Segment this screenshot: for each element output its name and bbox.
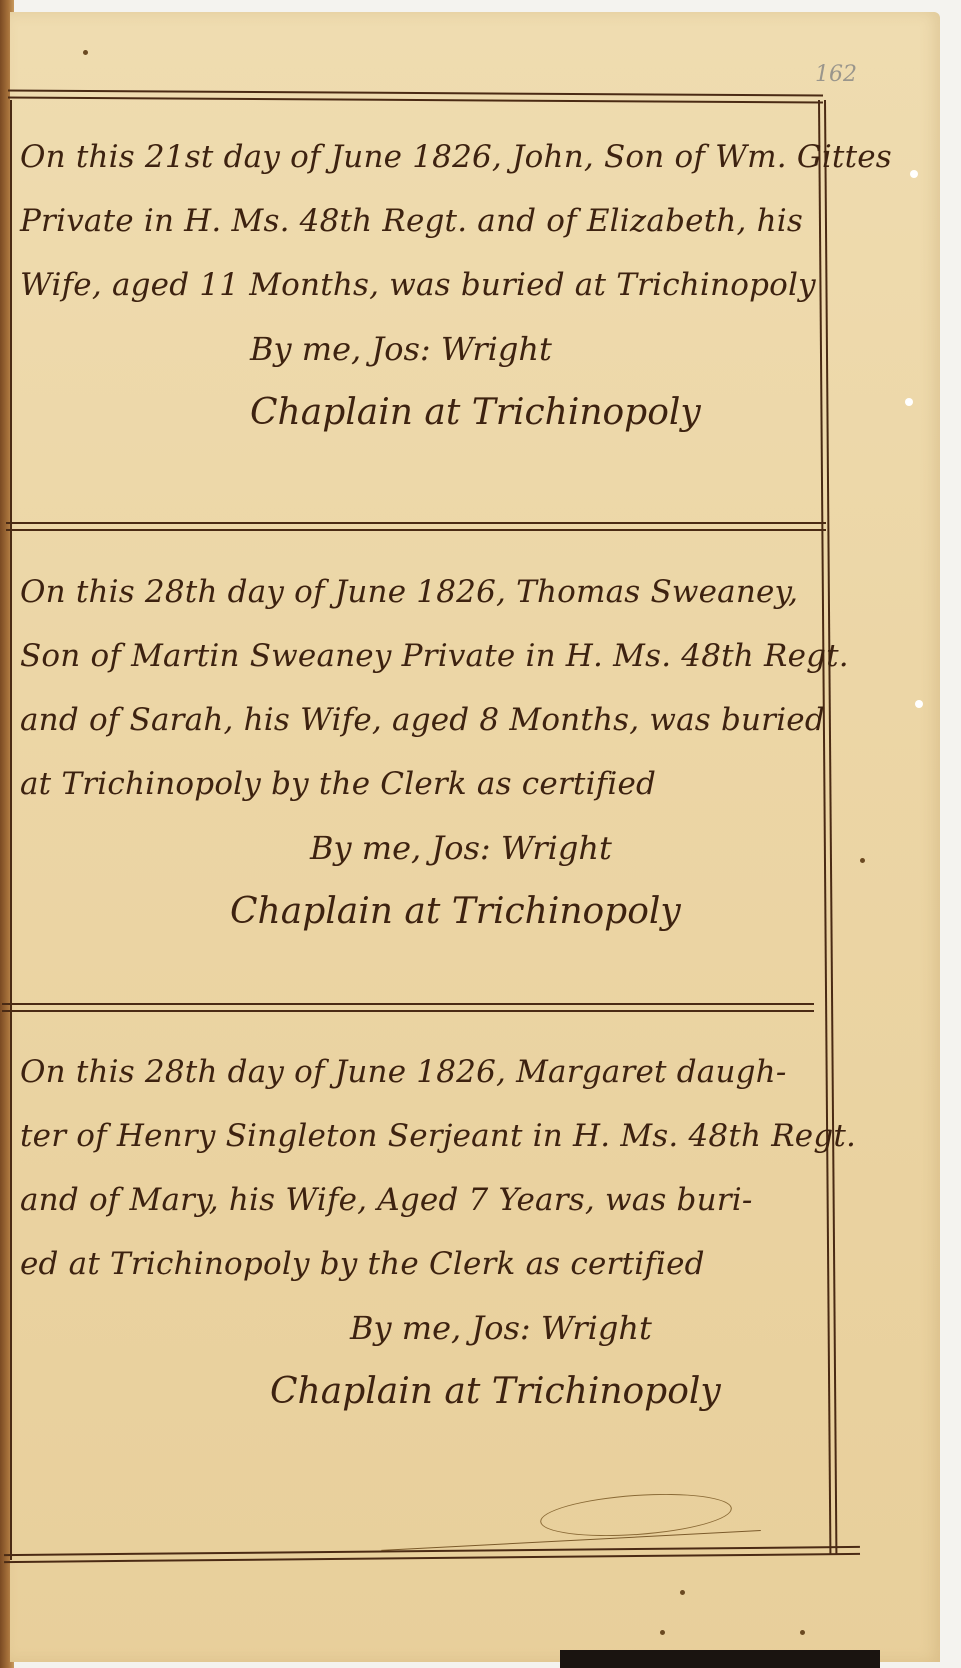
ink-spot <box>860 858 865 863</box>
page-hole <box>915 700 923 708</box>
entry-line: and of Sarah, his Wife, aged 8 Months, w… <box>20 688 810 752</box>
page-hole <box>910 170 918 178</box>
entry-line: Private in H. Ms. 48th Regt. and of Eliz… <box>20 189 810 253</box>
burial-entry-1: On this 21st day of June 1826, John, Son… <box>20 125 810 445</box>
entry-line: ter of Henry Singleton Serjeant in H. Ms… <box>20 1104 810 1168</box>
signature: By me, Jos: Wright <box>20 816 810 880</box>
page-hole <box>905 398 913 406</box>
signature-title: Chaplain at Trichinopoly <box>20 880 810 944</box>
entry-line: On this 21st day of June 1826, John, Son… <box>20 125 810 189</box>
entry-line: at Trichinopoly by the Clerk as certifie… <box>20 752 810 816</box>
ink-spot <box>680 1590 685 1595</box>
signature-title: Chaplain at Trichinopoly <box>20 1360 810 1424</box>
table-edge <box>560 1650 880 1668</box>
entry-line: Son of Martin Sweaney Private in H. Ms. … <box>20 624 810 688</box>
entry-line: On this 28th day of June 1826, Thomas Sw… <box>20 560 810 624</box>
entry-line: ed at Trichinopoly by the Clerk as certi… <box>20 1232 810 1296</box>
ink-spot <box>83 50 88 55</box>
entry-divider <box>6 522 826 531</box>
frame-left-rule <box>10 100 12 1560</box>
burial-entry-2: On this 28th day of June 1826, Thomas Sw… <box>20 560 810 944</box>
entry-line: On this 28th day of June 1826, Margaret … <box>20 1040 810 1104</box>
entry-divider <box>2 1003 814 1012</box>
signature-title: Chaplain at Trichinopoly <box>20 381 810 445</box>
entry-line: and of Mary, his Wife, Aged 7 Years, was… <box>20 1168 810 1232</box>
signature: By me, Jos: Wright <box>20 1296 810 1360</box>
burial-entry-3: On this 28th day of June 1826, Margaret … <box>20 1040 810 1424</box>
entry-line: Wife, aged 11 Months, was buried at Tric… <box>20 253 810 317</box>
folio-number: 162 <box>815 62 857 87</box>
ink-spot <box>800 1630 805 1635</box>
signature: By me, Jos: Wright <box>20 317 810 381</box>
ink-spot <box>660 1630 665 1635</box>
